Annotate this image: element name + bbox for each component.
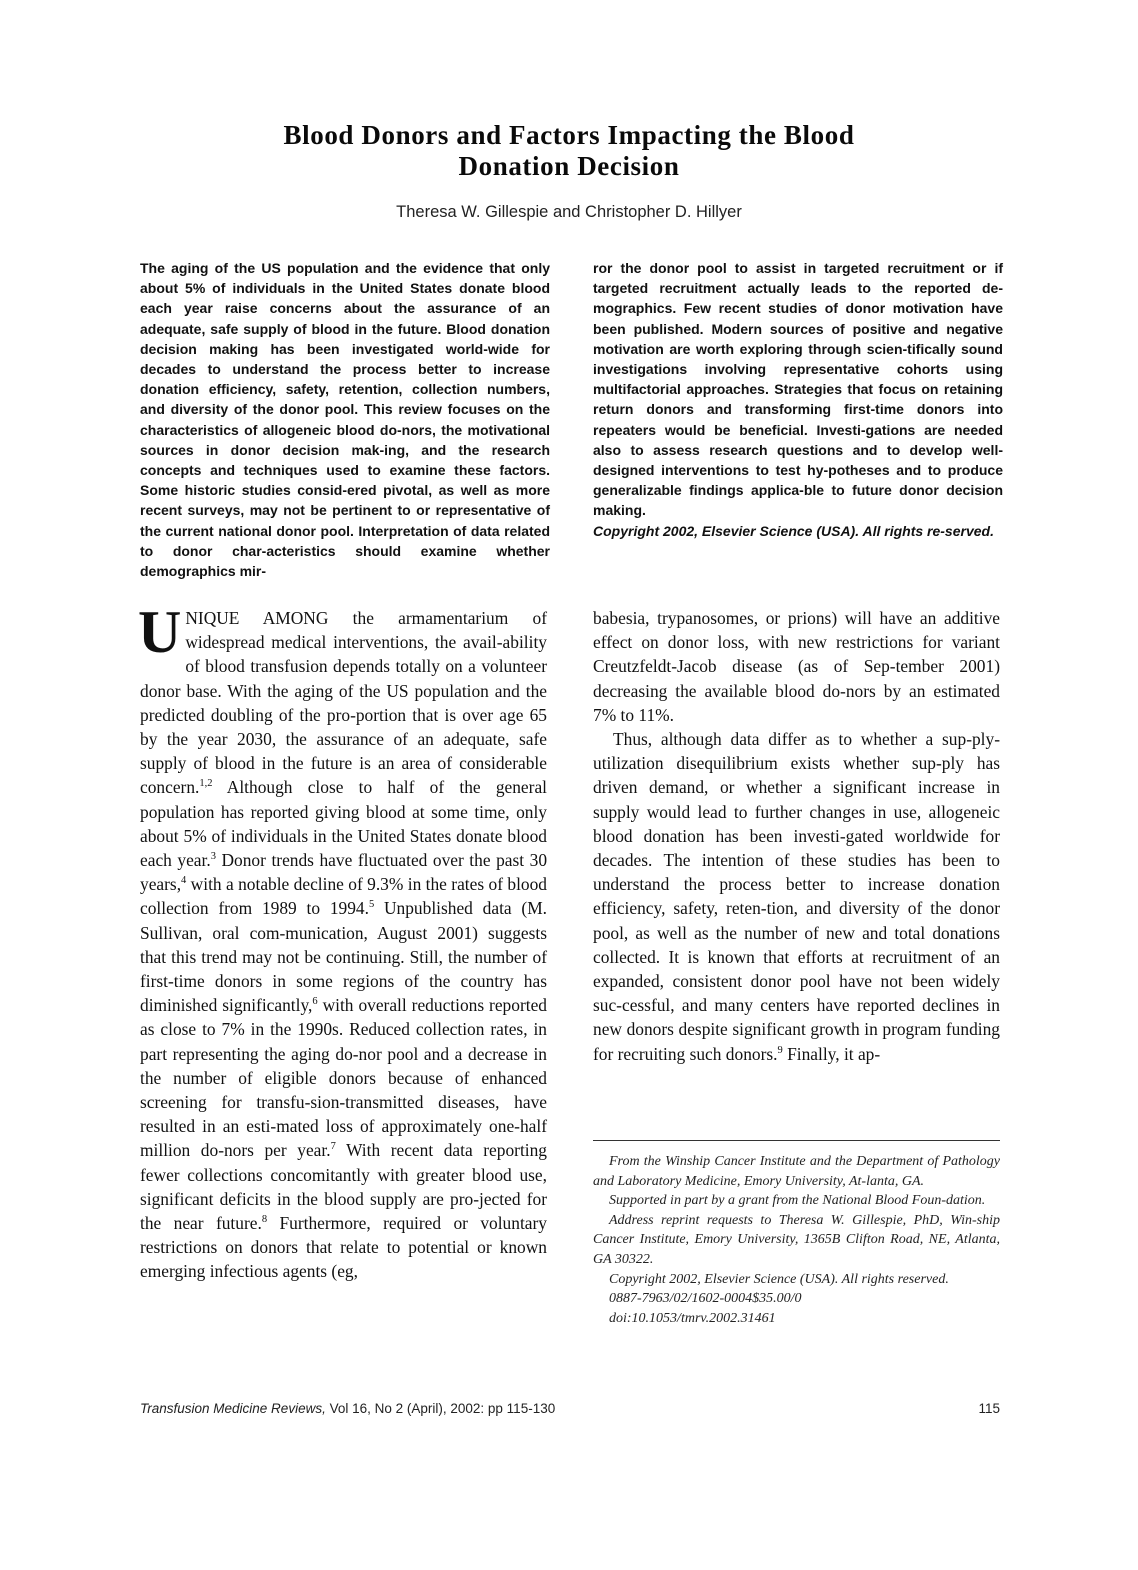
lead-small-caps: NIQUE AMONG [185,608,328,628]
footnote-doi: doi:10.1053/tmrv.2002.31461 [593,1309,1000,1329]
abstract-right-column: ror the donor pool to assist in targeted… [593,258,1003,541]
article-title: Blood Donors and Factors Impacting the B… [200,120,938,182]
running-footer: Transfusion Medicine Reviews, Vol 16, No… [140,1400,1000,1418]
body-left-column: UNIQUE AMONG the armamentarium of widesp… [140,606,547,1284]
footnote-affiliation: From the Winship Cancer Institute and th… [593,1152,1000,1191]
body-text: Finally, it ap- [783,1044,880,1064]
body-text: the armamentarium of widespread medical … [140,608,547,797]
citation-ref: 1,2 [199,779,212,790]
intro-paragraph: UNIQUE AMONG the armamentarium of widesp… [140,606,547,1284]
body-right-column: babesia, trypanosomes, or prions) will h… [593,606,1000,1066]
abstract-copyright: Copyright 2002, Elsevier Science (USA). … [593,521,1003,541]
footnote-copyright: Copyright 2002, Elsevier Science (USA). … [593,1270,1000,1290]
footnote-issn-code: 0887-7963/02/1602-0004$35.00/0 [593,1289,1000,1309]
footnote-address: Address reprint requests to Theresa W. G… [593,1211,1000,1270]
body-text: with overall reductions reported as clos… [140,995,547,1160]
body-paragraph-1: babesia, trypanosomes, or prions) will h… [593,606,1000,727]
abstract-text-left: The aging of the US population and the e… [140,258,550,581]
page-number: 115 [978,1400,1000,1418]
title-line-1: Blood Donors and Factors Impacting the B… [284,120,855,150]
author-list: Theresa W. Gillespie and Christopher D. … [200,202,938,222]
drop-cap: U [138,608,181,656]
title-line-2: Donation Decision [459,151,680,181]
abstract-left-column: The aging of the US population and the e… [140,258,550,581]
journal-citation: Vol 16, No 2 (April), 2002: pp 115-130 [326,1401,555,1416]
footnote-divider [593,1140,1000,1141]
body-paragraph-2: Thus, although data differ as to whether… [593,727,1000,1066]
body-text: Thus, although data differ as to whether… [593,729,1000,1064]
journal-name: Transfusion Medicine Reviews, [140,1401,326,1416]
abstract-text-right: ror the donor pool to assist in targeted… [593,258,1003,521]
footnote-support: Supported in part by a grant from the Na… [593,1191,1000,1211]
footnotes-block: From the Winship Cancer Institute and th… [593,1152,1000,1328]
